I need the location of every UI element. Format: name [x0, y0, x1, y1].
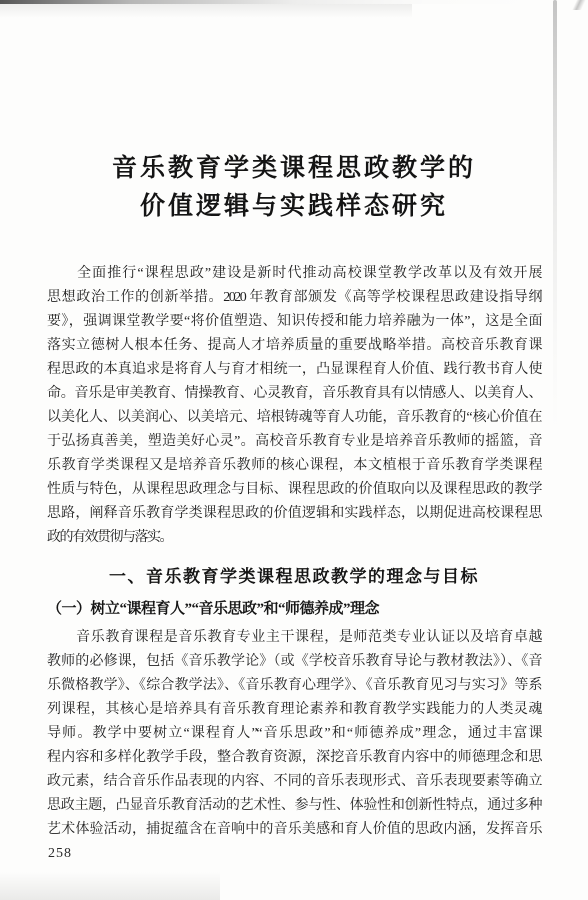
- document-title-line-2: 价值逻辑与实践样态研究: [47, 188, 541, 226]
- text-line: 要》，强调课堂教学要“将价值塑造、知识传授和能力培养融为一体”，这是全面: [47, 310, 541, 334]
- text-line: 政的有效贯彻与落实。: [47, 526, 541, 550]
- subsection-heading: （一）树立“课程育人”“音乐思政”和“师德养成”理念: [47, 596, 541, 622]
- page-content: 音乐教育学类课程思政教学的 价值逻辑与实践样态研究 全面推行“课程思政”建设是新…: [47, 150, 541, 842]
- text-line: 程内容和多样化教学手段，整合教育资源，深挖音乐教育内容中的师德理念和思: [47, 746, 541, 770]
- text-line: 全面推行“课程思政”建设是新时代推动高校课堂教学改革以及有效开展: [47, 262, 541, 286]
- document-title-line-1: 音乐教育学类课程思政教学的: [47, 150, 541, 188]
- text-line: 命。音乐是审美教育、情操教育、心灵教育，音乐教育具有以情感人、以美育人、: [47, 382, 541, 406]
- scan-top-shadow-artifact: [0, 4, 412, 18]
- text-line: 列课程，其核心是培养具有音乐教育理论素养和教育教学实践能力的人类灵魂: [47, 698, 541, 722]
- text-line: 落实立德树人根本任务、提高人才培养质量的重要战略举措。高校音乐教育课: [47, 334, 541, 358]
- text-line: 艺术体验活动，捕捉蕴含在音响中的音乐美感和育人价值的思政内涵，发挥音乐: [47, 818, 541, 842]
- text-line: 乐教育学类课程又是培养音乐教师的核心课程，本文植根于音乐教育学类课程: [47, 454, 541, 478]
- text-line: 教师的必修课，包括《音乐教学论》（或《学校音乐教育导论与教材教法》）、《音: [47, 650, 541, 674]
- text-line: 以美化人、以美润心、以美培元、培根铸魂等育人功能，音乐教育的“核心价值在: [47, 406, 541, 430]
- section-heading: 一、音乐教育学类课程思政教学的理念与目标: [47, 562, 541, 592]
- scanned-page: 音乐教育学类课程思政教学的 价值逻辑与实践样态研究 全面推行“课程思政”建设是新…: [0, 0, 588, 900]
- scan-corner-artifact: [566, 0, 588, 10]
- text-line: 思想政治工作的创新举措。2020 年教育部颁发《高等学校课程思政建设指导纲: [47, 286, 541, 310]
- scan-right-edge-shadow: [553, 0, 557, 430]
- text-line: 乐微格教学》、《综合教学法》、《音乐教育心理学》、《音乐教育见习与实习》等系: [47, 674, 541, 698]
- text-line: 于弘扬真善美，塑造美好心灵”。高校音乐教育专业是培养音乐教师的摇篮，音: [47, 430, 541, 454]
- text-line: 思政主题，凸显音乐教育活动的艺术性、参与性、体验性和创新性特点，通过多种: [47, 794, 541, 818]
- text-line: 政元素，结合音乐作品表现的内容、不同的音乐表现形式、音乐表现要素等确立: [47, 770, 541, 794]
- section-body-paragraph: 音乐教育课程是音乐教育专业主干课程，是师范类专业认证以及培育卓越教师的必修课，包…: [47, 626, 541, 842]
- text-line: 性质与特色，从课程思政理念与目标、课程思政的价值取向以及课程思政的教学: [47, 478, 541, 502]
- text-line: 导师。教学中要树立“课程育人”“音乐思政”和“师德养成”理念，通过丰富课: [47, 722, 541, 746]
- intro-paragraph: 全面推行“课程思政”建设是新时代推动高校课堂教学改革以及有效开展思想政治工作的创…: [47, 262, 541, 550]
- text-line: 音乐教育课程是音乐教育专业主干课程，是师范类专业认证以及培育卓越: [47, 626, 541, 650]
- text-line: 思路，阐释音乐教育学类课程思政的价值逻辑和实践样态，以期促进高校课程思: [47, 502, 541, 526]
- text-line: 程思政的本真追求是将育人与育才相统一，凸显课程育人价值、践行教书育人使: [47, 358, 541, 382]
- page-number: 258: [48, 845, 72, 863]
- document-title: 音乐教育学类课程思政教学的 价值逻辑与实践样态研究: [47, 150, 541, 226]
- scan-bottom-smudge: [0, 872, 220, 900]
